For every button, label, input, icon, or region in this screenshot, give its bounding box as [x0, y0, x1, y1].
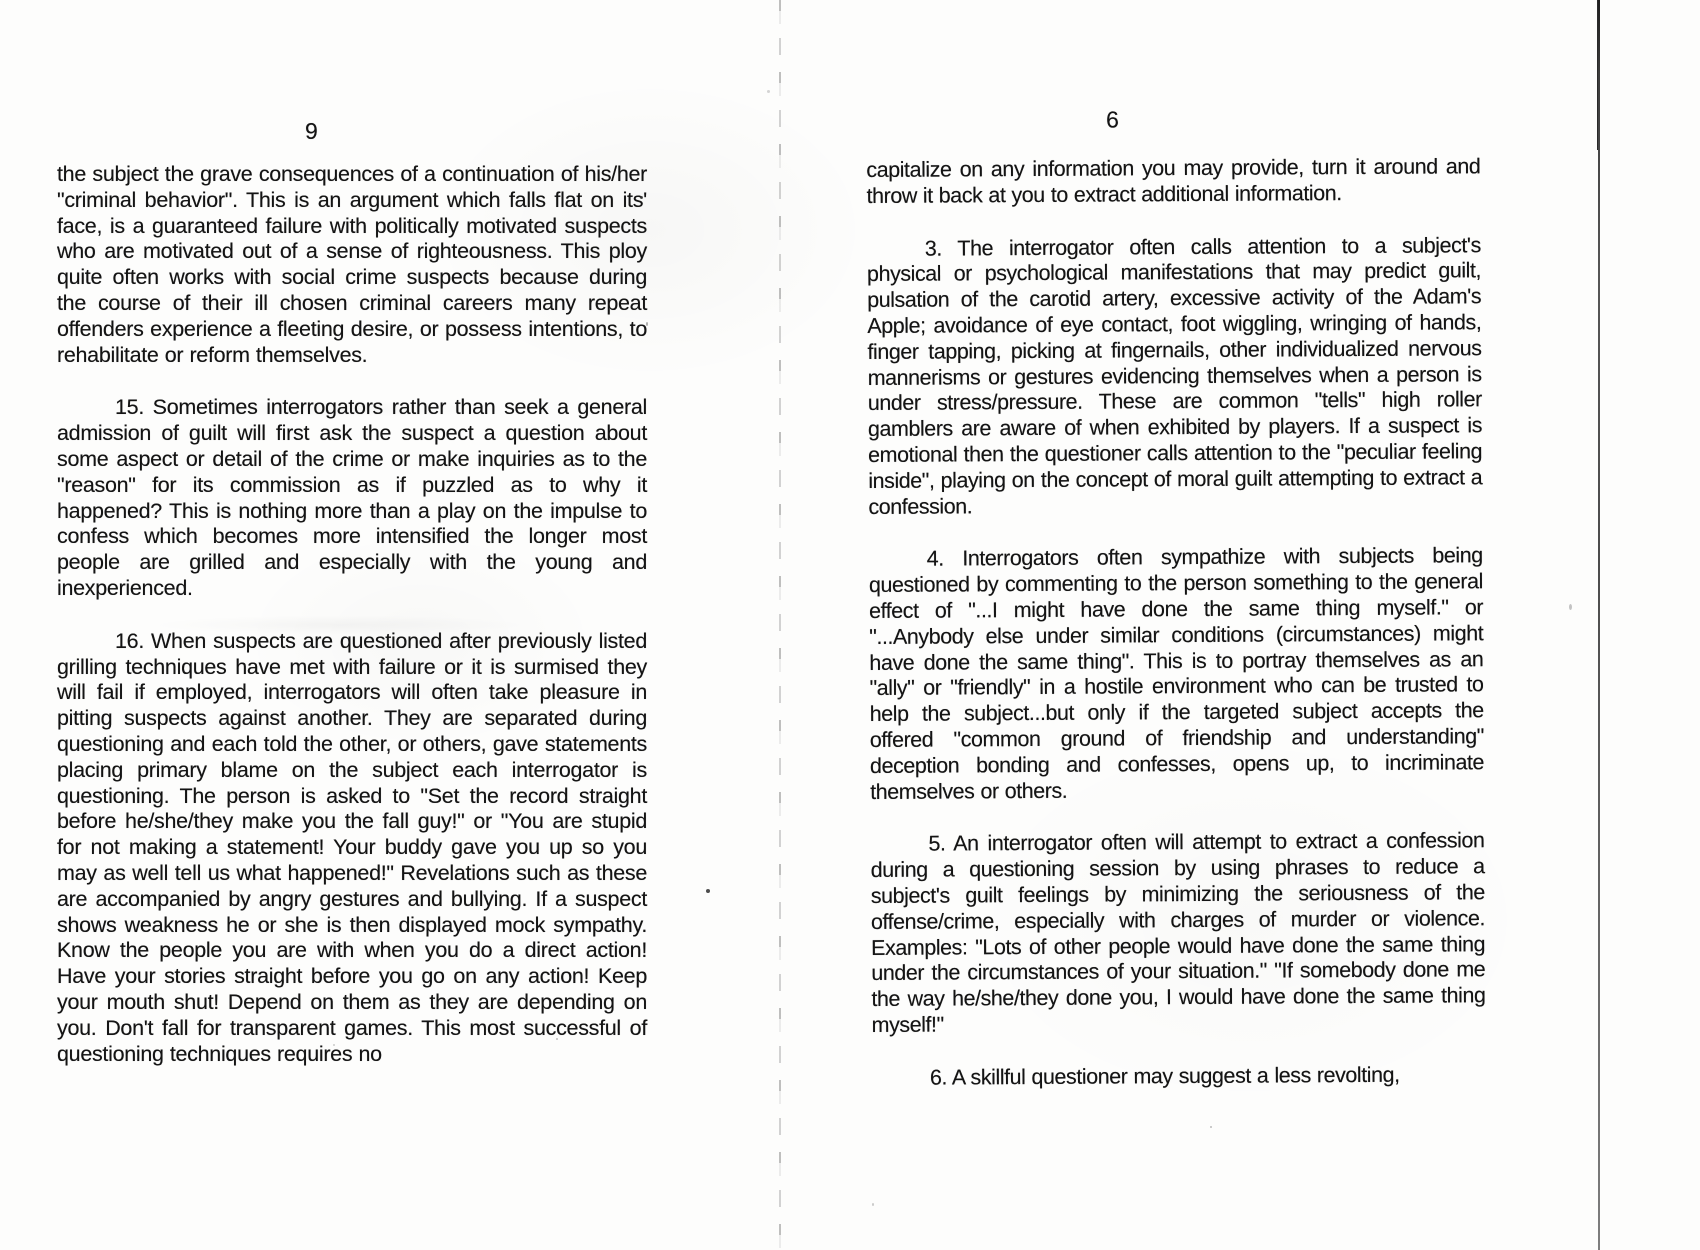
- body-paragraph-5: 5. An interrogator often will attempt to…: [870, 829, 1485, 1039]
- body-paragraph-4: 4. Interrogators often sympathize with s…: [869, 544, 1485, 806]
- scan-edge-line-top: [1597, 0, 1598, 150]
- body-paragraph: the subject the grave consequences of a …: [57, 162, 647, 368]
- toner-speck: [556, 1038, 558, 1040]
- page-number: 6: [866, 104, 1480, 134]
- page-6: 6 capitalize on any information you may …: [866, 104, 1486, 1118]
- page-number: 9: [57, 118, 647, 144]
- scan-edge-line: [1598, 0, 1600, 1250]
- body-paragraph: capitalize on any information you may pr…: [866, 154, 1480, 209]
- toner-speck: [1210, 1126, 1212, 1128]
- toner-speck: [640, 196, 643, 199]
- body-paragraph-15: 15. Sometimes interrogators rather than …: [57, 395, 647, 601]
- toner-speck: [767, 90, 770, 93]
- toner-speck: [646, 322, 648, 326]
- body-paragraph-6: 6. A skillful questioner may suggest a l…: [872, 1062, 1486, 1092]
- toner-speck: [333, 1044, 335, 1046]
- page-fold-seam-line: [779, 0, 781, 1250]
- toner-speck: [872, 1203, 874, 1206]
- toner-speck: [706, 889, 710, 893]
- scanned-document-background: 9 the subject the grave consequences of …: [0, 0, 1700, 1250]
- body-paragraph-16: 16. When suspects are questioned after p…: [57, 629, 647, 1068]
- body-paragraph-3: 3. The interrogator often calls attentio…: [867, 233, 1483, 521]
- toner-speck: [1569, 604, 1572, 610]
- page-9: 9 the subject the grave consequences of …: [57, 118, 647, 1094]
